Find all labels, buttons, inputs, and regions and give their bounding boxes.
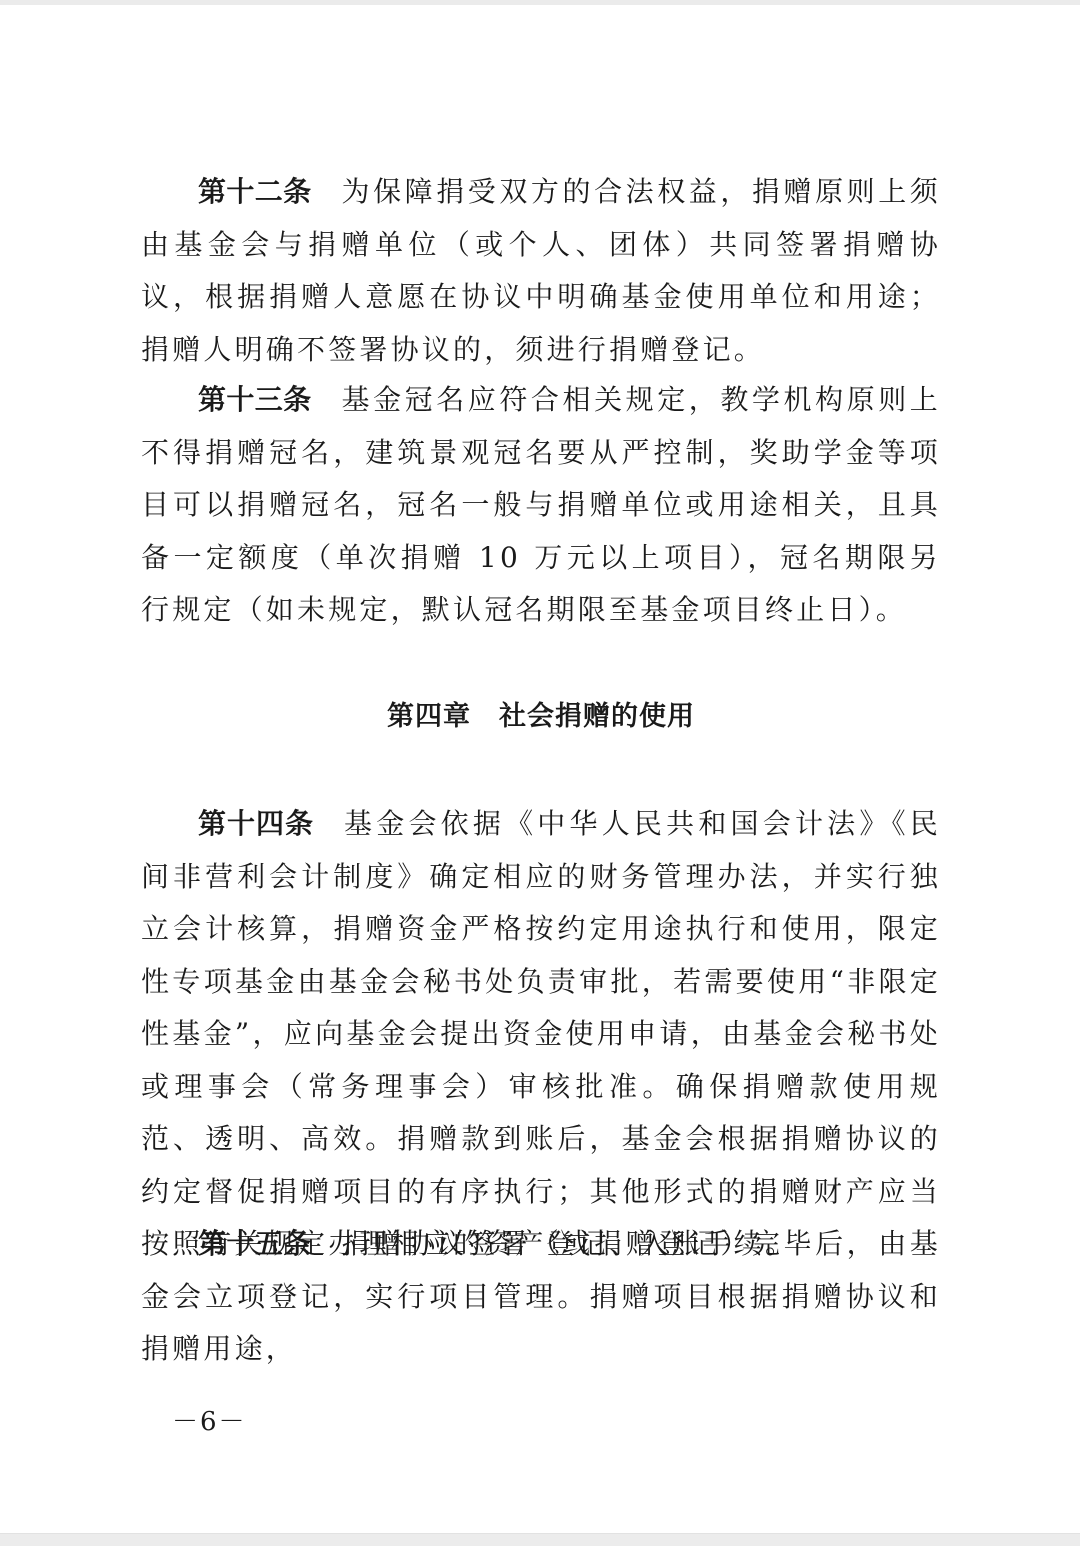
- top-border-strip: [0, 0, 1080, 5]
- bottom-border-strip: [0, 1533, 1080, 1546]
- article-12: 第十二条为保障捐受双方的合法权益，捐赠原则上须由基金会与捐赠单位（或个人、团体）…: [141, 166, 941, 376]
- article-13: 第十三条基金冠名应符合相关规定，教学机构原则上不得捐赠冠名，建筑景观冠名要从严控…: [141, 374, 941, 637]
- chapter-heading: 第四章社会捐赠的使用: [141, 694, 941, 733]
- article-text: 基金会依据《中华人民共和国会计法》《民间非营利会计制度》确定相应的财务管理办法，…: [141, 807, 941, 1260]
- chapter-number: 第四章: [387, 701, 471, 732]
- article-number: 第十四条: [198, 807, 314, 840]
- article-14: 第十四条基金会依据《中华人民共和国会计法》《民间非营利会计制度》确定相应的财务管…: [141, 798, 941, 1271]
- article-number: 第十二条: [198, 175, 312, 208]
- article-text: 基金冠名应符合相关规定，教学机构原则上不得捐赠冠名，建筑景观冠名要从严控制，奖助…: [141, 383, 941, 626]
- article-15: 第十五条捐赠协议签署（或捐赠登记）完毕后，由基金会立项登记，实行项目管理。捐赠项…: [141, 1218, 941, 1376]
- article-number: 第十五条: [198, 1227, 312, 1260]
- page-number: －6－: [172, 1401, 247, 1438]
- article-number: 第十三条: [198, 383, 312, 416]
- chapter-title: 社会捐赠的使用: [499, 701, 695, 732]
